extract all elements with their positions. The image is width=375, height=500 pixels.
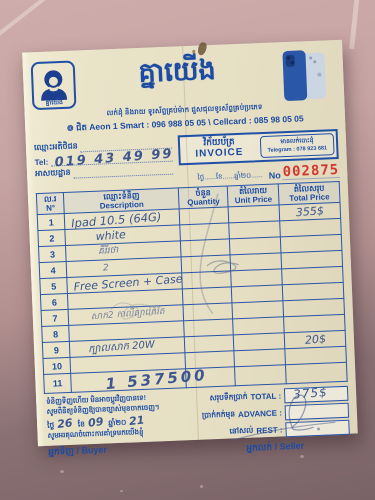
col-unit-english: Unit Price <box>228 194 279 205</box>
phones-photo <box>278 44 336 104</box>
invoice-title-english: INVOICE <box>180 146 258 160</box>
date-blank-line: ថ្ងៃ......ខែ......ឆ្នាំ២០...... <box>197 171 263 184</box>
row-number: 11 <box>44 373 72 393</box>
row-number: 9 <box>42 341 70 358</box>
col-no-english: N° <box>37 203 64 213</box>
tile-grout-line <box>349 0 360 49</box>
address-field <box>73 174 173 179</box>
items-table: ល.រN° ឈ្មោះទំនិញDescription ចំនួនQuantit… <box>36 181 348 394</box>
date-month: 09 <box>87 415 104 430</box>
item-total: 20$ <box>304 332 326 347</box>
invoice-paper: គ្នាយើង គ្នាយើង លក់ដុំ និងរាយ ទូរស័ព្ទគ្… <box>22 40 358 447</box>
shop-logo: គ្នាយើង <box>31 60 77 110</box>
row-number: 4 <box>39 261 67 278</box>
row-number: 7 <box>41 309 69 326</box>
item-description: គីរីរថា <box>98 245 119 259</box>
logo-caption: គ្នាយើង <box>46 100 63 107</box>
tile-grout-line <box>0 0 47 36</box>
date-year: 21 <box>129 413 146 428</box>
seller-signature <box>222 388 344 445</box>
item-description: 2 <box>103 263 109 273</box>
phone-image-icon <box>278 44 336 104</box>
row-number: 3 <box>39 245 67 262</box>
shop-name: គ្នាយើង <box>75 50 280 92</box>
row-number: 1 <box>37 214 65 231</box>
col-total-english: Total Price <box>279 192 339 203</box>
invoice-number-stamp: 002875 <box>282 163 339 180</box>
invoice-number-label: No <box>269 170 281 180</box>
tel-label: Tel: <box>34 158 48 168</box>
telegram-number: Telegram : 078 923 681 <box>261 144 333 155</box>
item-total: 355$ <box>296 204 325 219</box>
date-day: 26 <box>57 416 74 431</box>
person-silhouette-icon <box>36 68 71 101</box>
photo-background: គ្នាយើង គ្នាយើង លក់ដុំ និងរាយ ទូរស័ព្ទគ្… <box>0 0 375 500</box>
row-number: 6 <box>40 293 68 310</box>
col-qty-english: Quantity <box>180 196 228 207</box>
row-number: 8 <box>42 325 70 342</box>
customer-name-label: ឈ្មោះអតិថិជន <box>34 140 78 154</box>
telegram-box: មានលក់បោះដុំ Telegram : 078 923 681 <box>260 133 335 158</box>
invoice-title-box: វិក័យប័ត្រ INVOICE មានលក់បោះដុំ Telegram… <box>178 129 339 165</box>
buyer-label: អ្នកទិញ / Buyer <box>48 441 200 460</box>
row-number: 2 <box>38 230 66 247</box>
stain-mark <box>192 50 195 54</box>
item-description: white <box>95 228 126 243</box>
row-number: 5 <box>40 277 68 294</box>
row-number: 10 <box>43 357 71 374</box>
